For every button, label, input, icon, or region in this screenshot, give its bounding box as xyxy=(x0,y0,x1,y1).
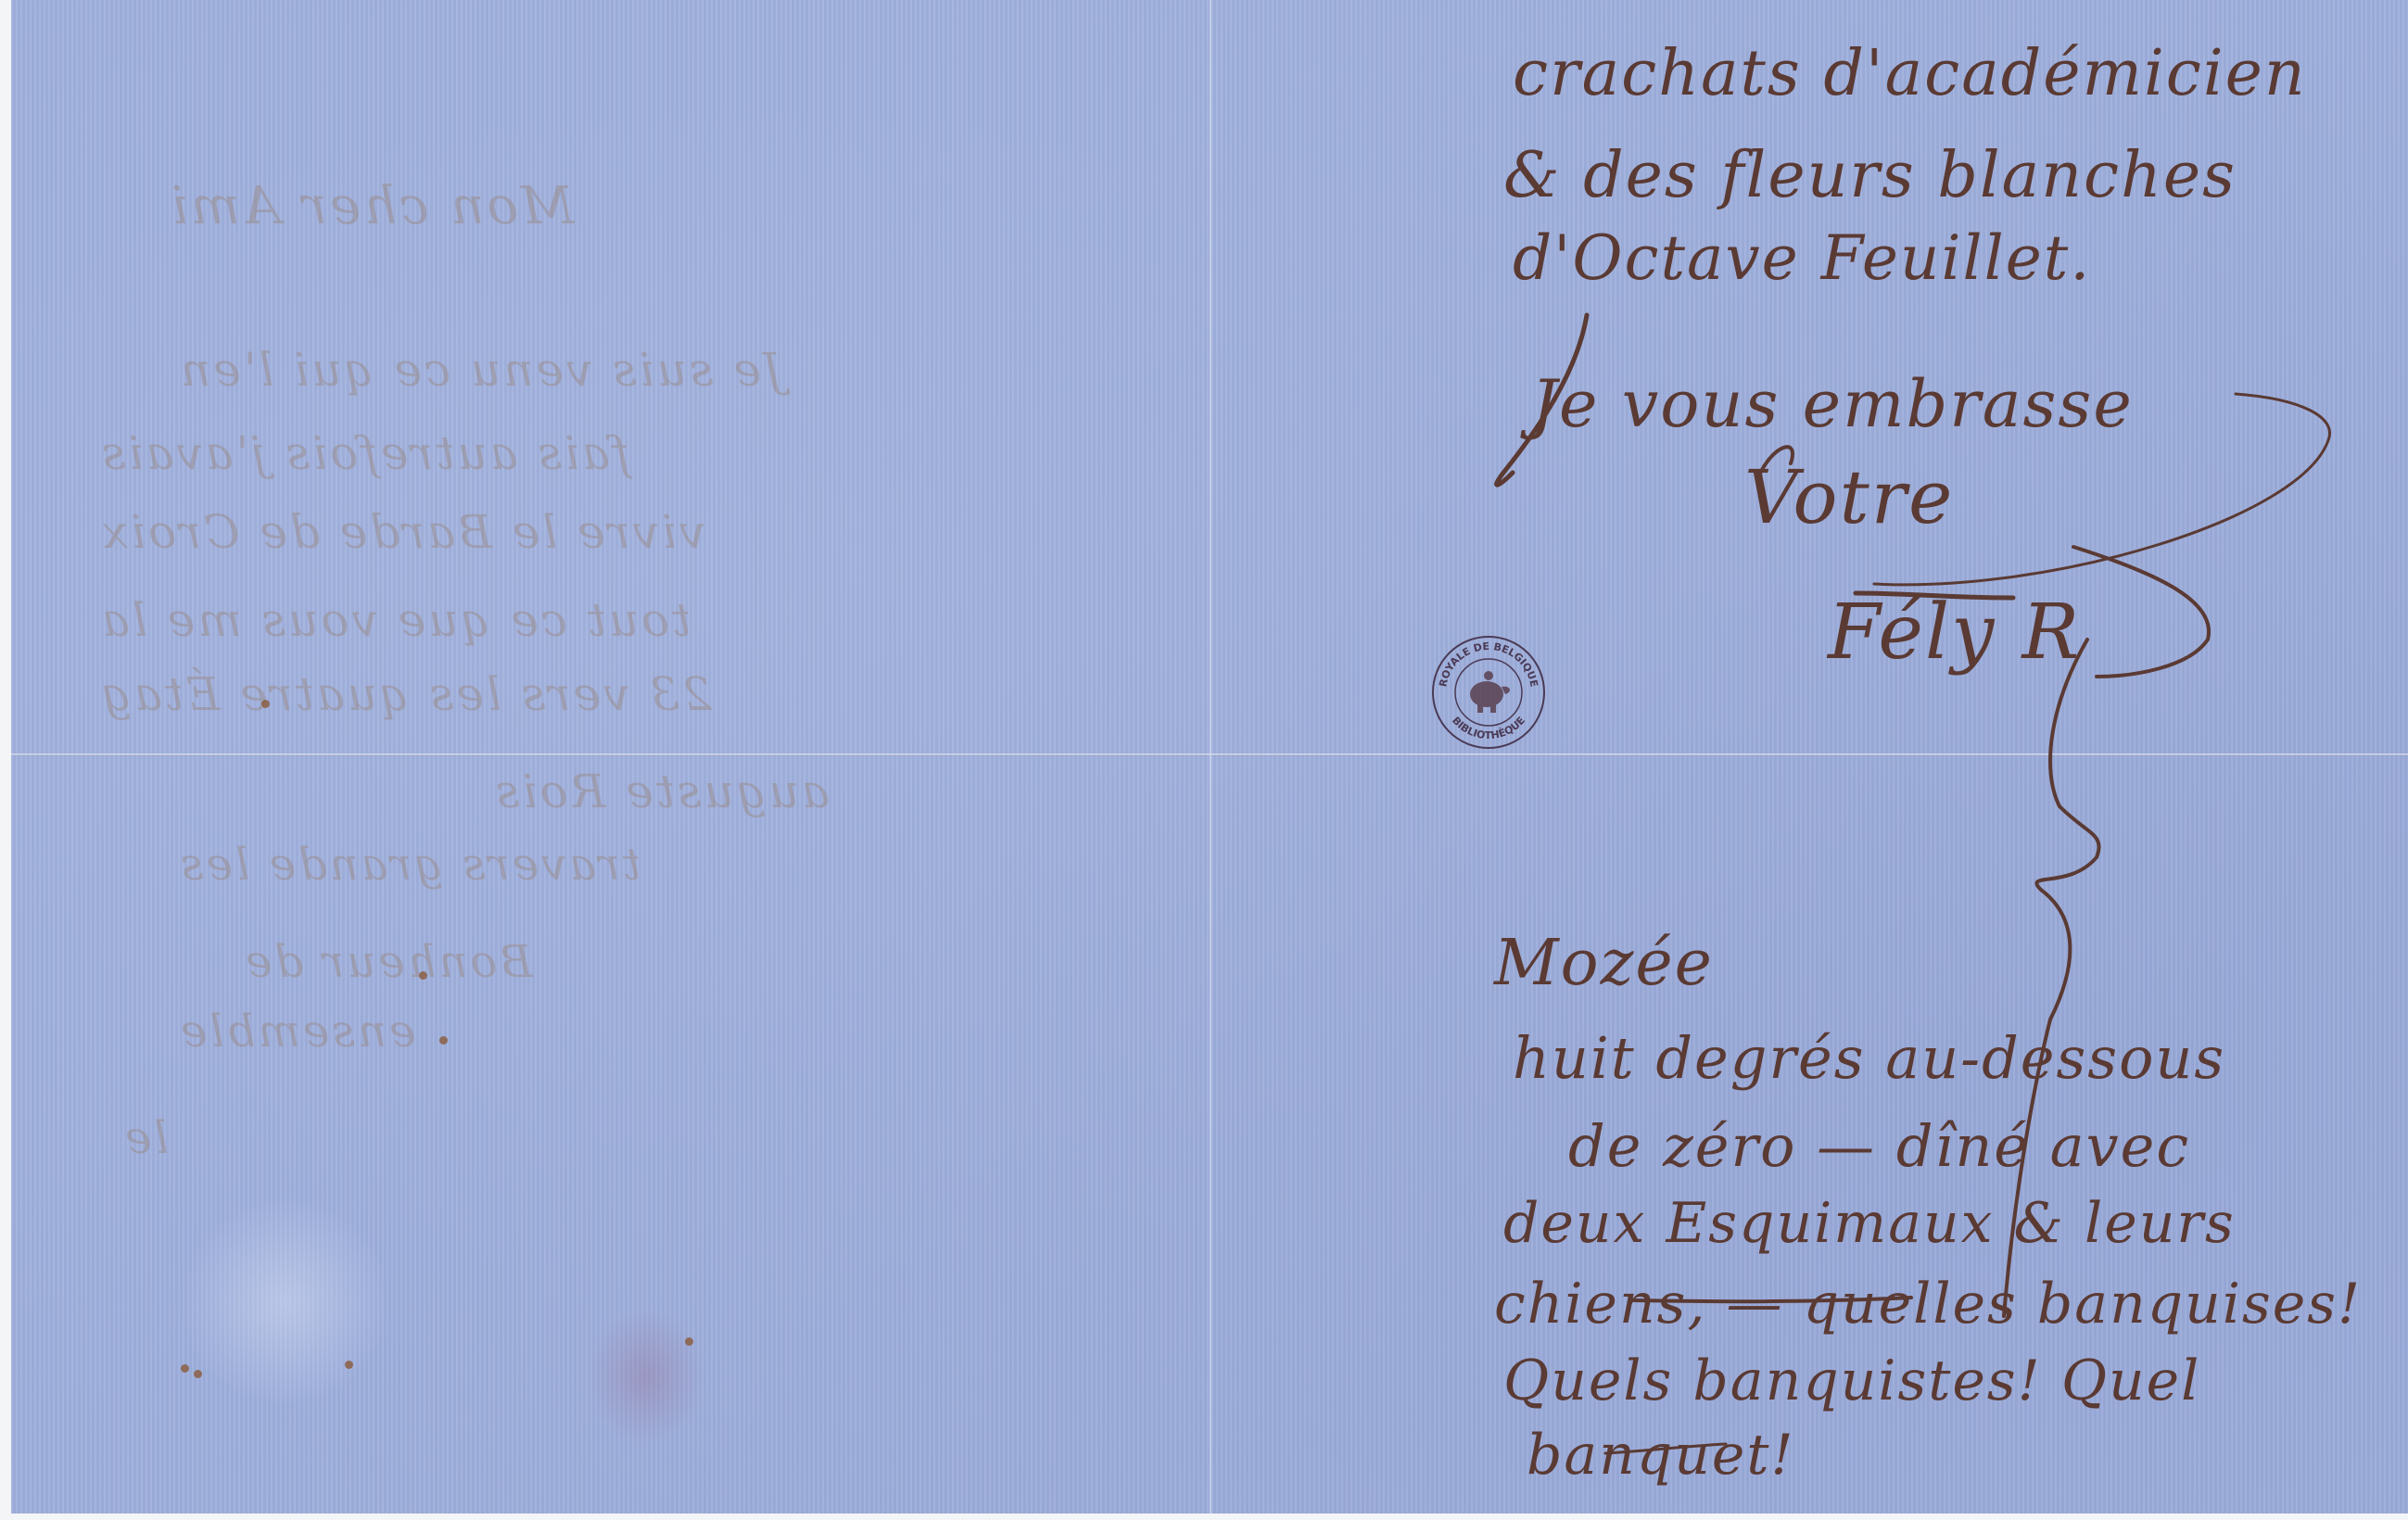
svg-text:BIBLIOTHÈQUE: BIBLIOTHÈQUE xyxy=(1450,715,1527,741)
stamp-text-top: ROYALE DE BELGIQUE xyxy=(1437,640,1540,688)
closing-word: Votre xyxy=(1744,454,1954,540)
bleed-line: Mon cher Ami xyxy=(169,176,575,236)
postscript-line: chiens, — quelles banquises! xyxy=(1494,1272,2362,1336)
postscript-heading: Mozée xyxy=(1494,927,1714,1000)
embossed-seal xyxy=(183,1200,387,1404)
bleed-line: Je suis venu ce qui l'en xyxy=(178,343,782,397)
lion-emblem-icon xyxy=(1470,671,1510,713)
postscript-line: de zéro — dîné avec xyxy=(1568,1112,2190,1180)
svg-text:ROYALE DE BELGIQUE: ROYALE DE BELGIQUE xyxy=(1437,640,1540,688)
foxing-spot xyxy=(685,1337,693,1346)
postscript-line: huit degrés au-dessous xyxy=(1513,1024,2225,1092)
foxing-spot xyxy=(194,1370,202,1378)
bleed-line: tout ce que vous me la xyxy=(99,593,691,647)
bleed-line: le xyxy=(122,1112,169,1164)
vertical-fold-line xyxy=(1210,0,1211,1514)
bleed-line: fais autrefois j'avais xyxy=(99,426,629,480)
foxing-spot xyxy=(439,1036,448,1045)
stamp-text-bottom: BIBLIOTHÈQUE xyxy=(1450,715,1527,741)
foxing-spot xyxy=(181,1364,189,1373)
letter-sheet: Mon cher Ami Je suis venu ce qui l'en fa… xyxy=(11,0,2408,1514)
letter-line-3: d'Octave Feuillet. xyxy=(1513,222,2091,294)
postscript-line: banquet! xyxy=(1527,1423,1795,1488)
letter-line-2: & des fleurs blanches xyxy=(1503,139,2237,212)
bleed-line: Bonheur de xyxy=(243,936,533,988)
foxing-spot xyxy=(261,700,270,708)
bleed-line: ensemble xyxy=(178,1006,415,1058)
postscript-line: Quels banquistes! Quel xyxy=(1503,1349,2200,1413)
bleed-line: auguste Rois xyxy=(493,765,830,818)
foxing-spot xyxy=(419,971,427,980)
bleed-line: 23 vers les quatre Étag xyxy=(99,667,712,721)
closing-line: Je vous embrasse xyxy=(1531,366,2134,442)
bleed-line: vivre le Barde de Croix xyxy=(99,505,705,559)
foxing-spot xyxy=(345,1361,353,1369)
bleed-line: travers grande les xyxy=(178,839,640,891)
letter-line-1: crachats d'académicien xyxy=(1513,37,2307,110)
library-stamp: ROYALE DE BELGIQUE BIBLIOTHÈQUE xyxy=(1429,633,1548,752)
signature: Fély R xyxy=(1828,589,2081,677)
purple-stain xyxy=(586,1307,706,1446)
postscript-line: deux Esquimaux & leurs xyxy=(1503,1191,2236,1256)
